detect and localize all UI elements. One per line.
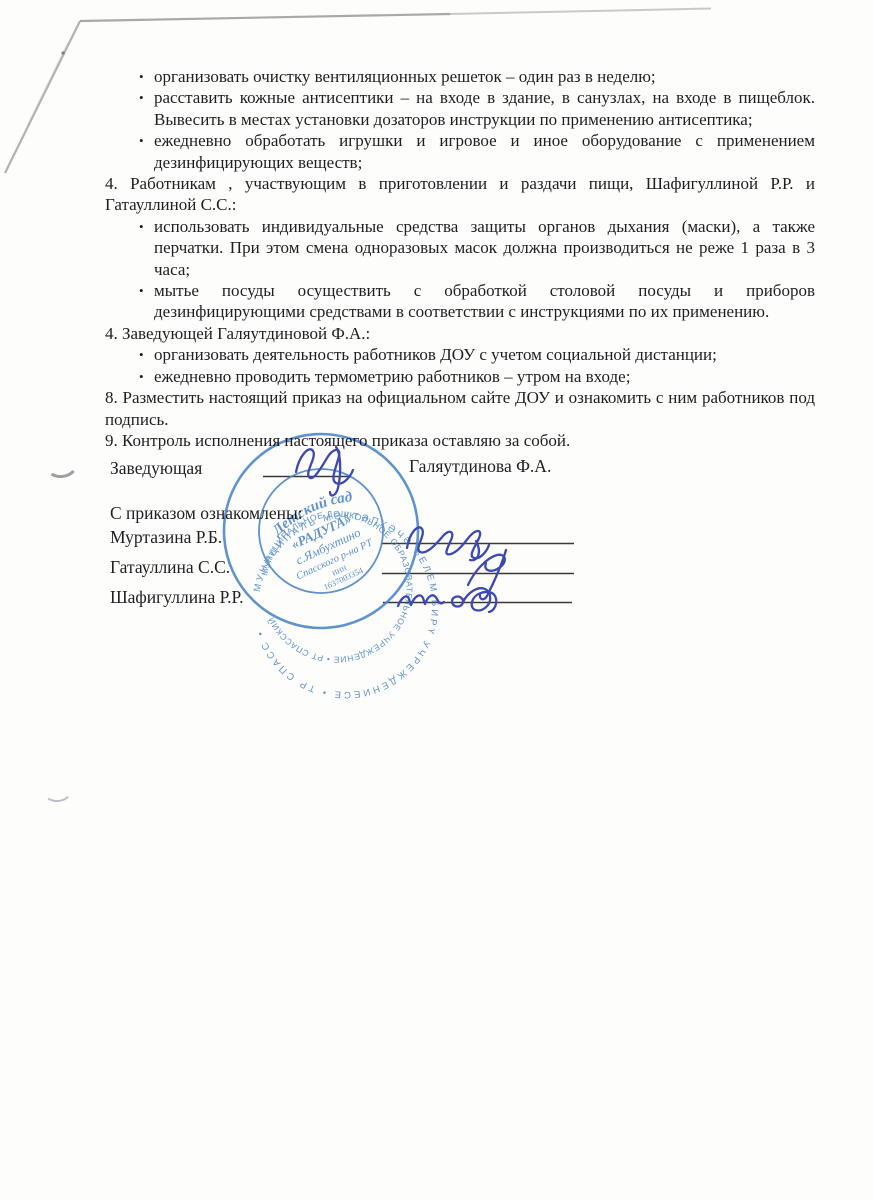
signature-scribble-2 bbox=[468, 550, 506, 599]
bullet-icon: • bbox=[139, 216, 154, 280]
paragraph-item-9: 9. Контроль исполнения настоящего приказ… bbox=[105, 430, 815, 451]
signer-name: Муртазина Р.Б. bbox=[110, 527, 222, 548]
hole-punch-mark bbox=[42, 778, 73, 803]
paragraph-item-4-workers: 4. Работникам , участвующим в приготовле… bbox=[105, 173, 815, 216]
bullet-text: ежедневно проводить термометрию работник… bbox=[154, 366, 815, 387]
bullet-icon: • bbox=[139, 344, 154, 365]
hole-punch-mark bbox=[43, 449, 79, 480]
stamp-village: с.Ямбухтино bbox=[294, 525, 363, 567]
bullet-item: • ежедневно проводить термометрию работн… bbox=[105, 366, 815, 387]
bullet-icon: • bbox=[139, 66, 154, 87]
head-name-label: Галяутдинова Ф.А. bbox=[409, 456, 551, 477]
bullet-item: • организовать очистку вентиляционных ре… bbox=[105, 66, 815, 87]
bullet-item: • организовать деятельность работников Д… bbox=[105, 344, 815, 365]
signer-name: Шафигуллина Р.Р. bbox=[110, 587, 243, 608]
bullet-icon: • bbox=[139, 280, 154, 323]
stamp-inn-number: 1637003354 bbox=[322, 565, 365, 592]
paragraph-item-8: 8. Разместить настоящий приказ на официа… bbox=[105, 387, 815, 430]
acknowledged-heading: С приказом ознакомлены: bbox=[110, 503, 303, 524]
bullet-icon: • bbox=[139, 87, 154, 130]
bullet-item: • использовать индивидуальные средства з… bbox=[105, 216, 815, 280]
bullet-icon: • bbox=[139, 366, 154, 387]
stamp-inner-circle bbox=[239, 449, 404, 614]
bullet-text: организовать очистку вентиляционных реше… bbox=[154, 66, 815, 87]
bullet-item: • расставить кожные антисептики – на вхо… bbox=[105, 87, 815, 130]
bullet-item: • мытье посуды осуществить с обработкой … bbox=[105, 280, 815, 323]
paragraph-item-4-head: 4. Заведующей Галяутдиновой Ф.А.: bbox=[105, 323, 815, 344]
scan-speck bbox=[61, 51, 64, 54]
bullet-item: • ежедневно обработать игрушки и игровое… bbox=[105, 130, 815, 173]
signature-lines bbox=[263, 477, 574, 603]
bullet-text: расставить кожные антисептики – на входе… bbox=[154, 87, 815, 130]
signature-scribble-1 bbox=[407, 527, 489, 560]
bullet-text: использовать индивидуальные средства защ… bbox=[154, 216, 815, 280]
scanned-document-page: • организовать очистку вентиляционных ре… bbox=[0, 0, 873, 1200]
document-body: • организовать очистку вентиляционных ре… bbox=[105, 66, 815, 451]
stamp-inn-label: ИНН bbox=[331, 564, 348, 578]
signer-name: Гатауллина С.С. bbox=[110, 557, 230, 578]
head-role-label: Заведующая bbox=[110, 458, 202, 479]
stamp-district: Спасского р-на РТ bbox=[295, 537, 376, 582]
stamp-center-text: Детский сад «РАДУГА» с.Ямбухтино Спасско… bbox=[265, 482, 387, 603]
bullet-text: организовать деятельность работников ДОУ… bbox=[154, 344, 815, 365]
bullet-text: ежедневно обработать игрушки и игровое и… bbox=[154, 130, 815, 173]
signature-scribble-head bbox=[296, 447, 353, 495]
bullet-text: мытье посуды осуществить с обработкой ст… bbox=[154, 280, 815, 323]
bullet-icon: • bbox=[139, 130, 154, 173]
signature-scribble-3 bbox=[398, 588, 496, 612]
